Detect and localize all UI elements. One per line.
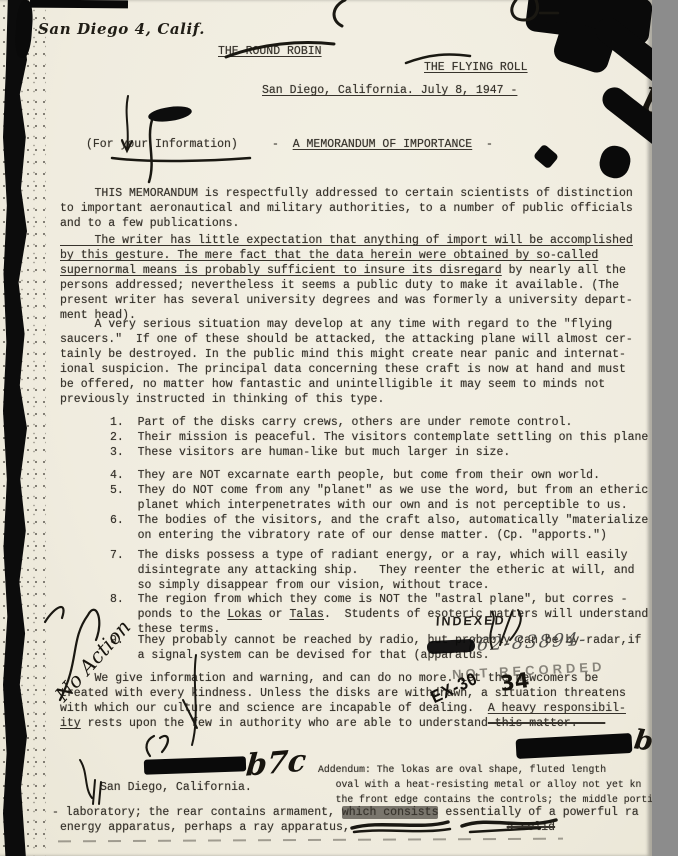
handwritten-34: 34: [498, 668, 530, 696]
addendum-d-blotted: which consists: [342, 806, 439, 819]
masthead-flying-roll: THE FLYING ROLL: [424, 60, 528, 75]
redaction-smudge-serial: [427, 639, 476, 654]
handwritten-b7c-addendum: b7c: [245, 743, 308, 784]
letterhead-city: San Diego 4, Calif.: [38, 20, 205, 38]
for-your-information: (For your Information): [86, 137, 238, 152]
redaction-bar-bottom-right: [516, 733, 633, 759]
ink-blob-under-masthead: [147, 104, 193, 124]
indexed-stamp: INDEXED: [436, 613, 506, 628]
addendum-place: San Diego, California.: [100, 780, 252, 795]
margin-mark-bottom-left-2: [93, 780, 95, 804]
scan-dotted-line: [58, 838, 563, 843]
masthead-round-robin: THE ROUND ROBIN: [218, 44, 322, 59]
memo-title-dash-right: -: [472, 138, 493, 151]
closing-mid: rests upon the few in authority who are …: [81, 717, 488, 730]
closing-struck-text: this matter.----: [488, 717, 605, 730]
paragraph-1: THIS MEMORANDUM is respectfully addresse…: [60, 186, 652, 231]
addendum-e-struck: a solid: [507, 821, 555, 834]
paper-scan: San Diego 4, Calif. 6751 THE ROUND ROBIN…: [0, 0, 652, 856]
addendum-d-post: essentially of a powerful ra: [438, 806, 638, 819]
handwritten-b7c-bottom-right: b7c: [632, 724, 652, 762]
list-item-8-mid: or: [262, 608, 290, 621]
addendum-e-pre: energy apparatus, perhaps a ray apparatu…: [60, 821, 357, 834]
memo-title-dash-left: -: [272, 138, 293, 151]
list-item-2: 2. Their mission is peaceful. The visito…: [110, 430, 648, 445]
paragraph-2: The writer has little expectation that a…: [60, 233, 652, 323]
list-item-6: 6. The bodies of the visitors, and the c…: [110, 513, 648, 543]
addendum-d-pre: - laboratory; the rear contains armament…: [52, 806, 342, 819]
scan-edge-black-strip: [3, 0, 27, 856]
document-page: San Diego 4, Calif. 6751 THE ROUND ROBIN…: [0, 0, 678, 856]
pen-mark-above-addendum-bar-1: [147, 736, 154, 756]
redaction-bar-top-left: [30, 0, 128, 8]
redaction-dot-mid: [533, 144, 559, 170]
redaction-bar-addendum: [144, 756, 246, 775]
list-item-8-talas: Talas: [289, 608, 324, 621]
list-item-8-lokas: Lokas: [227, 608, 262, 621]
addendum-right-column: Addendum: The lokas are oval shape, flut…: [318, 762, 652, 807]
addendum-line-d: - laboratory; the rear contains armament…: [52, 805, 652, 820]
addendum-line-e: energy apparatus, perhaps a ray apparatu…: [60, 820, 652, 835]
dateline: San Diego, California. July 8, 1947 -: [262, 83, 517, 98]
closing-paragraph: We give information and warning, and can…: [60, 671, 652, 731]
margin-initials-scribble-2: [45, 607, 64, 622]
pen-mark-above-addendum-bar-2: [160, 736, 168, 752]
list-item-7: 7. The disks possess a type of radiant e…: [110, 548, 635, 593]
memo-title: - A MEMORANDUM OF IMPORTANCE -: [272, 137, 493, 152]
cut-circle-mark-top-center: [334, 0, 345, 26]
list-item-4: 4. They are NOT excarnate earth people, …: [110, 468, 600, 483]
list-item-1: 1. Part of the disks carry crews, others…: [110, 415, 572, 430]
list-item-3: 3. These visitors are human-like but muc…: [110, 445, 510, 460]
pen-underline-your-information: [112, 158, 250, 161]
redaction-blob-right-mid: [596, 143, 633, 182]
paragraph-3: A very serious situation may develop at …: [60, 317, 652, 407]
list-item-5: 5. They do NOT come from any "planet" as…: [110, 483, 648, 513]
margin-mark-bottom-left-1: [80, 760, 92, 798]
memo-title-text: A MEMORANDUM OF IMPORTANCE: [293, 138, 472, 151]
